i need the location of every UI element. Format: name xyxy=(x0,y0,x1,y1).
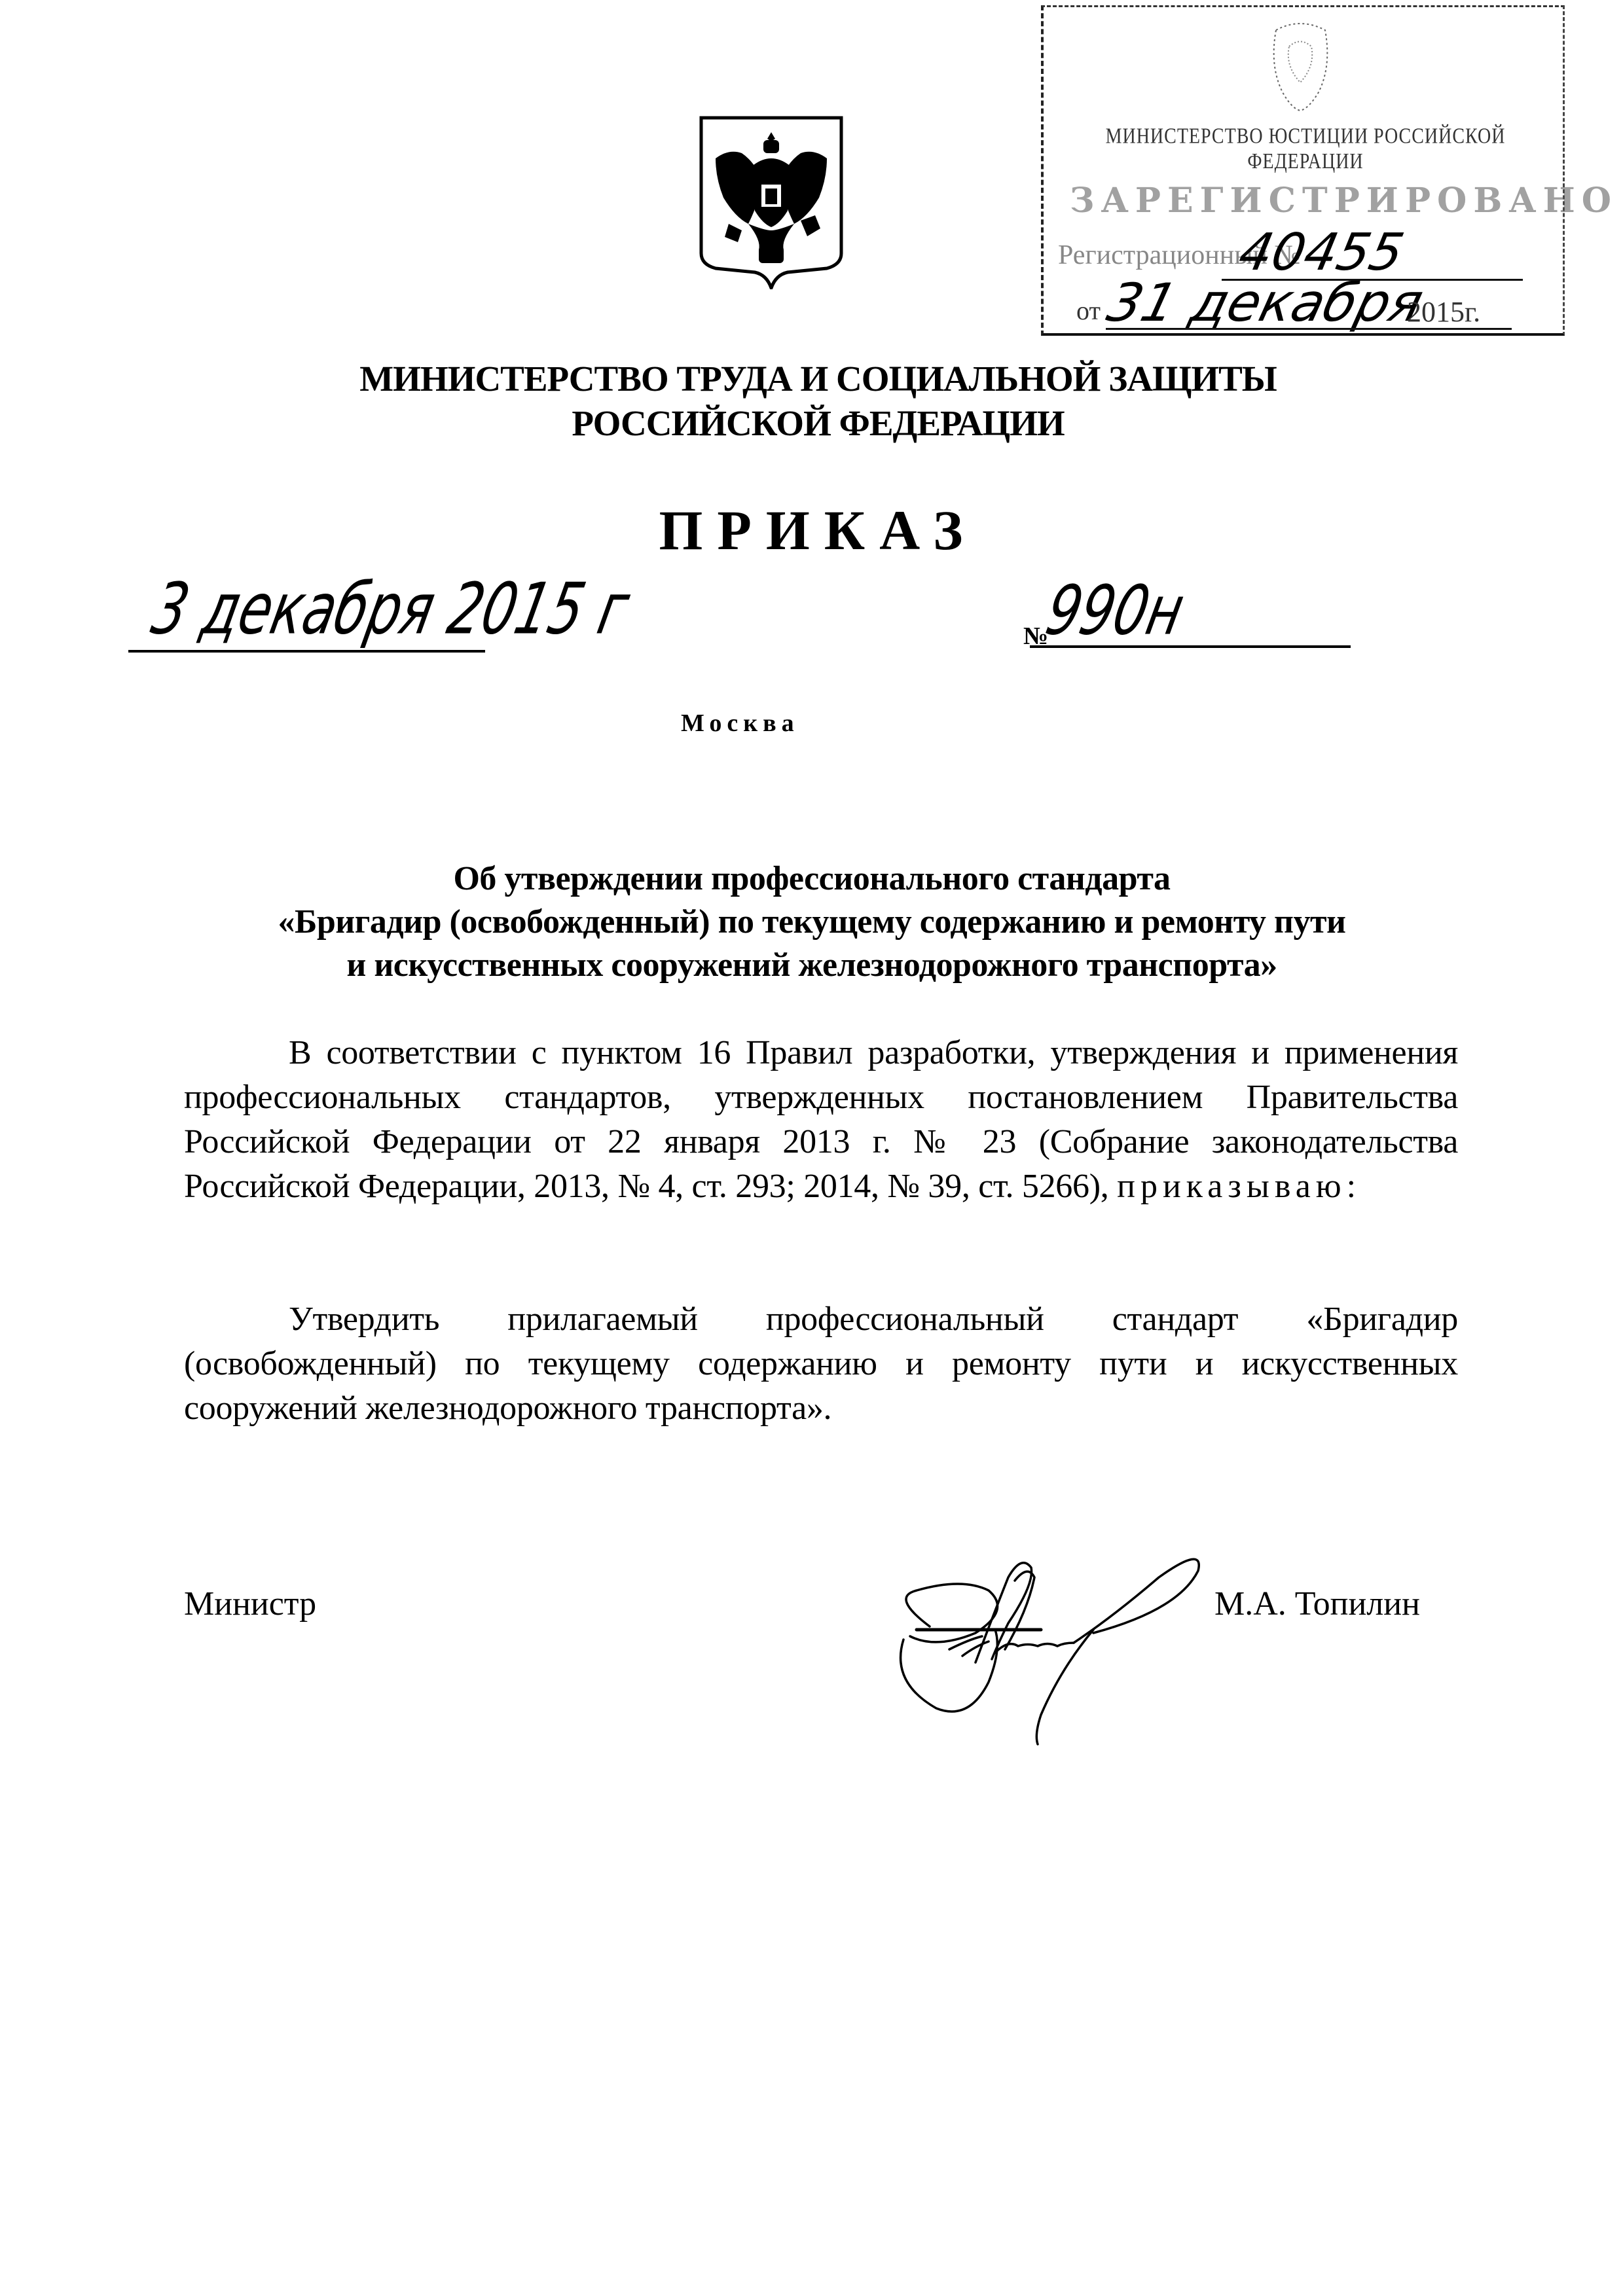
body-paragraph-1: В соответствии с пунктом 16 Правил разра… xyxy=(184,1031,1458,1209)
stamp-date-handwritten: 31 декабря xyxy=(1101,272,1429,333)
ministry-line-1: МИНИСТЕРСТВО ТРУДА И СОЦИАЛЬНОЙ ЗАЩИТЫ xyxy=(13,357,1623,401)
title-line-2: «Бригадир (освобожденный) по текущему со… xyxy=(131,901,1493,944)
handwritten-signature-icon xyxy=(877,1518,1296,1754)
stamp-from-label: от xyxy=(1076,295,1101,326)
order-number-handwritten: 990н xyxy=(1040,571,1191,650)
order-date-handwritten: 3 декабря 2015 г xyxy=(145,567,636,650)
order-word: приказываю: xyxy=(1117,1168,1361,1205)
title-line-3: и искусственных сооружений железнодорожн… xyxy=(131,944,1493,987)
stamp-status-text: ЗАРЕГИСТРИРОВАНО xyxy=(1070,181,1541,221)
order-date-underline xyxy=(128,650,485,653)
stamp-year: 2015г. xyxy=(1407,295,1480,329)
registration-stamp: МИНИСТЕРСТВО ЮСТИЦИИ РОССИЙСКОЙ ФЕДЕРАЦИ… xyxy=(1041,5,1565,336)
russian-coat-of-arms-icon xyxy=(696,113,847,289)
city-label: Москва xyxy=(681,709,799,738)
stamp-year-suffix: г. xyxy=(1465,296,1480,328)
title-line-1: Об утверждении профессионального стандар… xyxy=(131,857,1493,901)
ministry-heading: МИНИСТЕРСТВО ТРУДА И СОЦИАЛЬНОЙ ЗАЩИТЫ Р… xyxy=(0,357,1623,446)
order-title: Об утверждении профессионального стандар… xyxy=(131,857,1493,987)
paragraph-2-text: Утвердить прилагаемый профессиональный с… xyxy=(184,1300,1458,1427)
signatory-name: М.А. Топилин xyxy=(1214,1585,1420,1623)
signatory-position: Министр xyxy=(184,1585,316,1623)
ministry-line-2: РОССИЙСКОЙ ФЕДЕРАЦИИ xyxy=(13,401,1623,446)
body-paragraph-2: Утвердить прилагаемый профессиональный с… xyxy=(184,1297,1458,1431)
order-number-underline xyxy=(1030,645,1351,648)
stamp-ministry-text: МИНИСТЕРСТВО ЮСТИЦИИ РОССИЙСКОЙ ФЕДЕРАЦИ… xyxy=(1057,124,1554,175)
stamp-emblem-icon xyxy=(1269,20,1332,112)
document-type-heading: ПРИКАЗ xyxy=(0,497,1623,563)
stamp-year-value: 2015 xyxy=(1407,296,1465,328)
